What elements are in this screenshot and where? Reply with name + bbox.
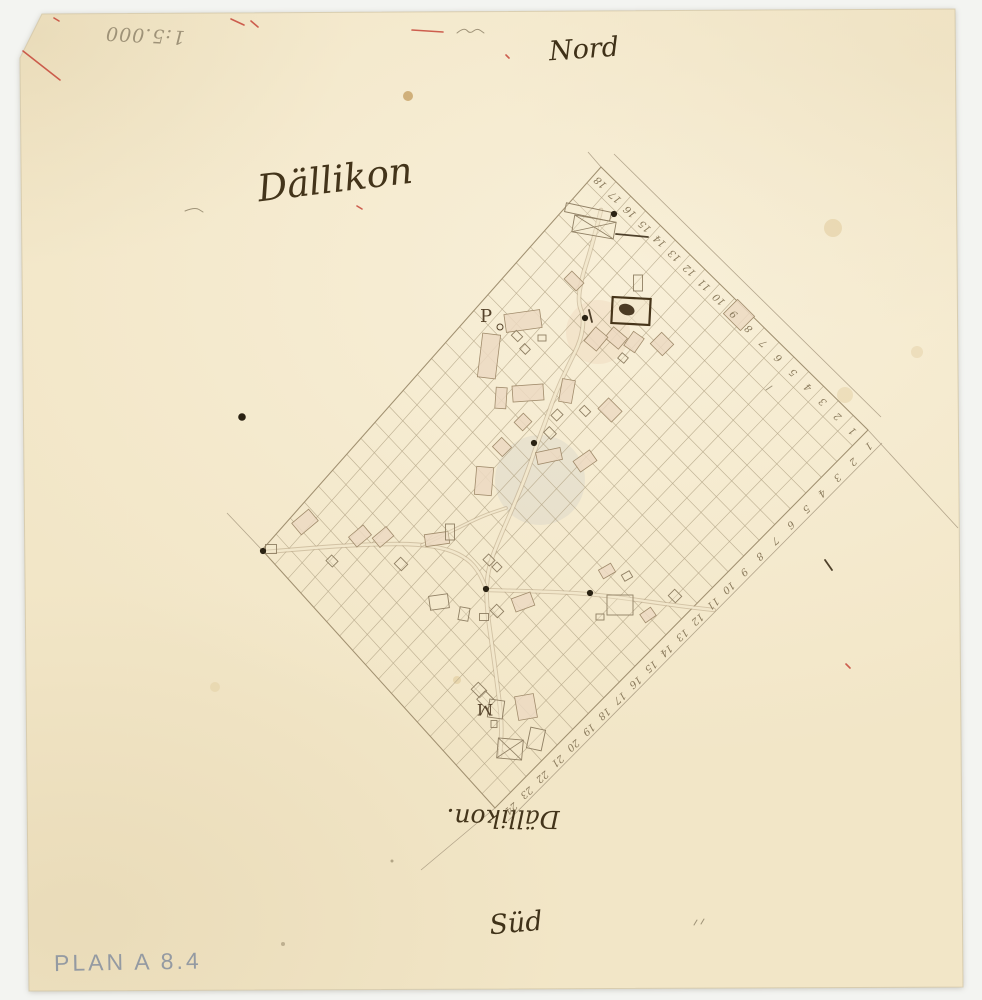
building: [611, 297, 650, 325]
building: [598, 563, 615, 579]
edge-number-se: 22: [533, 767, 551, 784]
edge-number-se: 6: [784, 518, 796, 531]
building: [326, 555, 338, 567]
survey-dot: [611, 211, 617, 217]
pencil-mark: [701, 919, 704, 924]
ink-blot: [238, 413, 246, 421]
building: [596, 614, 604, 620]
edge-number-se: 15: [642, 658, 659, 675]
building: [650, 332, 673, 355]
building-rect: [446, 524, 455, 540]
building-rect: [458, 607, 470, 622]
edge-number-se: 9: [737, 565, 749, 578]
edge-number-se: 20: [564, 736, 582, 754]
building: [598, 398, 622, 422]
building: [511, 592, 535, 612]
pencil-mark: [694, 920, 697, 925]
label-daellikon-bottom: Dällikon.: [418, 803, 588, 835]
building-rect: [492, 562, 502, 572]
building-rect: [621, 571, 632, 582]
building-rect: [490, 604, 503, 617]
edge-number-se: 14: [658, 642, 675, 659]
building-rect: [429, 594, 450, 611]
extension-line: [614, 154, 881, 417]
scanned-plan-page: 1234567891011121314151617181234567891011…: [0, 0, 982, 1000]
extension-line: [227, 513, 262, 550]
building-rect: [514, 413, 532, 431]
edge-number-se: 10: [719, 579, 736, 596]
building-rect: [515, 694, 538, 721]
edge-number-se: 21: [549, 752, 567, 769]
grid-layer: [227, 152, 958, 870]
red-crayon-mark: [412, 30, 443, 32]
pencil-mark: [185, 209, 203, 212]
building: [668, 589, 681, 602]
building: [446, 524, 455, 540]
building: [551, 409, 563, 421]
edge-number-se: 13: [673, 626, 690, 643]
paper-stain: [911, 346, 923, 358]
paper-stain: [403, 91, 413, 101]
building-rect: [607, 595, 633, 615]
building-rect: [538, 335, 546, 341]
building-rect: [598, 398, 622, 422]
building-rect: [511, 592, 535, 612]
survey-dot: [587, 590, 593, 596]
edge-number-ne: 3: [817, 395, 829, 407]
edge-number-se: 17: [610, 689, 627, 706]
building-rect: [491, 721, 497, 728]
building-rect: [495, 387, 507, 409]
red-crayon-mark: [251, 21, 258, 27]
building-rect: [474, 466, 493, 495]
red-crayon-mark: [506, 55, 509, 58]
red-crayon-mark: [23, 51, 60, 80]
building: [607, 595, 633, 615]
grid-line: [404, 328, 764, 708]
building-rect: [504, 310, 542, 333]
building: [490, 604, 503, 617]
survey-dot: [260, 548, 266, 554]
edge-number-ne: 13: [666, 247, 683, 264]
edge-number-se: 12: [689, 611, 706, 628]
survey-dot: [582, 315, 588, 321]
building: [511, 330, 522, 341]
survey-dot: [531, 440, 537, 446]
building: [480, 614, 489, 621]
building-rect: [266, 545, 277, 554]
edge-number-ne: 17: [607, 188, 624, 205]
edge-number-se: 5: [800, 502, 812, 515]
building: [266, 545, 277, 554]
building-rect: [526, 727, 545, 751]
edge-number-ne: 2: [832, 410, 845, 423]
building: [634, 275, 643, 291]
building-rect: [520, 344, 531, 355]
edge-number-ne: 6: [772, 351, 785, 364]
label-p-marker: P: [480, 306, 500, 327]
grid-line: [456, 386, 823, 765]
edge-number-ne: 12: [681, 261, 698, 278]
building-rect: [579, 405, 590, 416]
building-rect: [477, 333, 500, 379]
edge-number-se: 8: [753, 550, 765, 563]
red-crayon-mark: [231, 19, 244, 25]
building: [512, 384, 544, 402]
edge-number-se: 19: [579, 721, 596, 738]
paper-stain: [824, 219, 842, 237]
village-map-svg: 1234567891011121314151617181234567891011…: [0, 0, 982, 1000]
edge-number-se: 23: [518, 783, 536, 800]
paper-stain: [391, 860, 394, 863]
pencil-mark: [766, 386, 772, 390]
label-plan-number: PLAN A 8.4: [54, 946, 294, 977]
building: [491, 721, 497, 728]
building: [477, 333, 500, 379]
edge-number-se: 4: [815, 486, 828, 499]
building: [515, 694, 538, 721]
building-rect: [551, 409, 563, 421]
red-crayon-mark: [54, 18, 59, 21]
survey-dot: [483, 586, 489, 592]
building: [497, 738, 524, 760]
edge-number-ne: 16: [621, 203, 638, 220]
building-rect: [394, 557, 407, 570]
building-rect: [598, 563, 615, 579]
building: [495, 387, 507, 409]
grid-line: [391, 313, 749, 693]
building: [394, 557, 407, 570]
building-rect: [650, 332, 673, 355]
building-rect: [634, 275, 643, 291]
building-rect: [596, 614, 604, 620]
building-rect: [512, 384, 544, 402]
grid-line: [288, 196, 631, 578]
building: [514, 413, 532, 431]
ink-dash: [825, 560, 832, 570]
building: [458, 607, 470, 622]
building: [429, 594, 450, 611]
edge-number-ne: 18: [592, 174, 609, 191]
edge-number-ne: 4: [802, 380, 815, 393]
edge-number-se: 18: [595, 705, 612, 722]
edge-number-se: 16: [626, 674, 643, 691]
building: [579, 405, 590, 416]
building-rect: [326, 555, 338, 567]
building: [621, 571, 632, 582]
building-rect: [668, 589, 681, 602]
building: [474, 466, 493, 495]
extension-line: [868, 430, 958, 528]
ink-dash: [616, 234, 648, 237]
edge-number-se: 3: [831, 471, 843, 484]
edge-number-ne: 10: [710, 290, 727, 307]
edge-number-ne: 5: [787, 366, 799, 378]
grid-line: [417, 342, 779, 722]
building: [526, 727, 545, 751]
building-rect: [480, 614, 489, 621]
edge-number-ne: 11: [696, 276, 713, 293]
red-crayon-mark: [846, 664, 850, 668]
edge-number-ne: 1: [847, 424, 859, 436]
paper-stain: [837, 387, 853, 403]
edge-number-se: 7: [768, 534, 780, 547]
edge-number-ne: 15: [637, 218, 654, 235]
pencil-mark: [457, 29, 484, 33]
building: [492, 562, 502, 572]
edge-number-se: 2: [847, 454, 860, 467]
building: [538, 335, 546, 341]
edge-number-ne: 7: [757, 336, 770, 349]
grid-line: [379, 299, 735, 680]
building: [520, 344, 531, 355]
paper-stain: [210, 682, 220, 692]
building-rect: [511, 330, 522, 341]
edge-number-se: 1: [862, 439, 874, 452]
building: [504, 310, 542, 333]
label-m-marker: M: [472, 700, 498, 719]
extension-line: [588, 152, 601, 167]
red-crayon-mark: [357, 206, 362, 209]
edge-number-ne: 14: [652, 232, 669, 249]
